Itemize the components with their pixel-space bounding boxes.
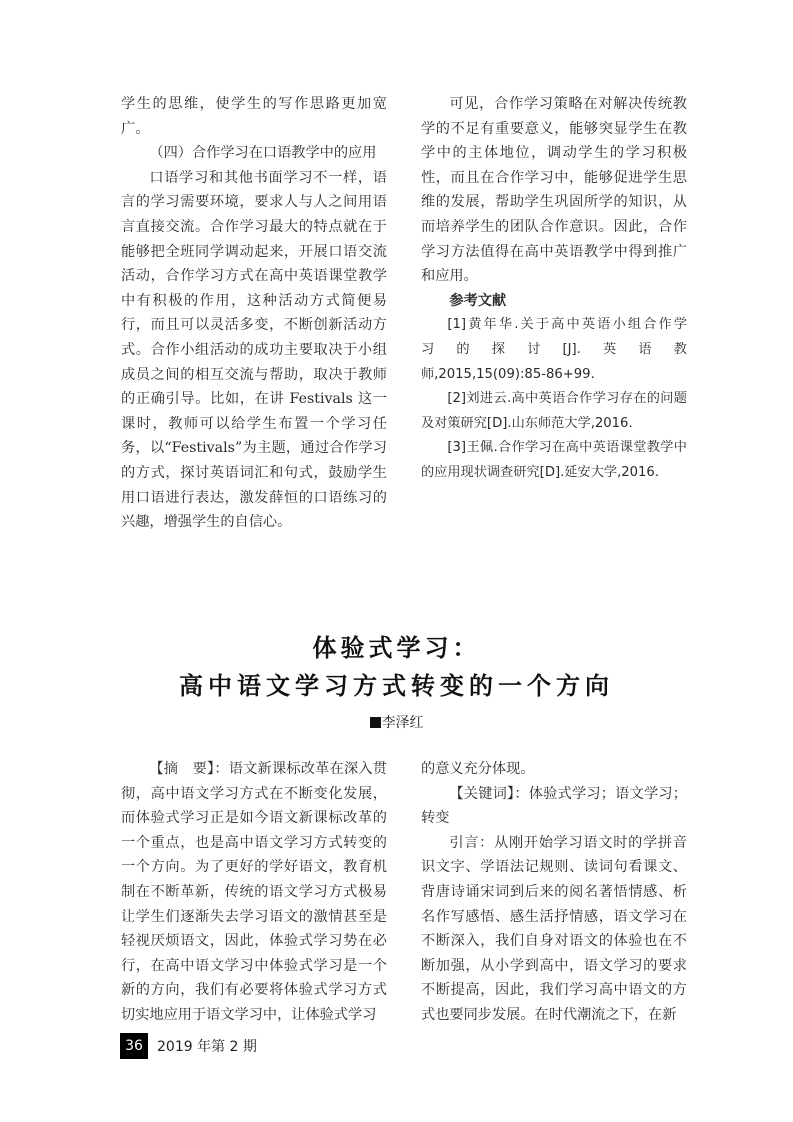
section-heading: （四）合作学习在口语教学中的应用 bbox=[121, 141, 387, 166]
bottom-right-column: 的意义充分体现。 【关键词】：体验式学习；语文学习；转变 引言：从刚开始学习语文… bbox=[421, 757, 687, 1028]
bottom-left-column: 【摘 要】：语文新课标改革在深入贯彻，高中语文学习方式在不断变化发展，而体验式学… bbox=[121, 757, 387, 1028]
square-bullet-icon bbox=[370, 717, 381, 728]
reference-item-2: [2]刘进云.高中英语合作学习存在的问题及对策研究[D].山东师范大学,2016… bbox=[421, 387, 687, 436]
article-title-line-2: 高中语文学习方式转变的一个方向 bbox=[0, 666, 793, 701]
top-left-column: 学生的思维，使学生的写作思路更加宽广。 （四）合作学习在口语教学中的应用 口语学… bbox=[121, 92, 387, 535]
paragraph-oral-learning: 口语学习和其他书面学习不一样，语言的学习需要环境，要求人与人之间用语言直接交流。… bbox=[121, 166, 387, 535]
abstract-text: 语文新课标改革在深入贯彻，高中语文学习方式在不断变化发展，而体验式学习正是如今语… bbox=[121, 761, 387, 1023]
page-number: 36 bbox=[120, 1033, 148, 1059]
keywords-label: 【关键词】： bbox=[449, 786, 528, 802]
page-footer: 36 2019 年第 2 期 bbox=[120, 1033, 257, 1059]
issue-label: 2019 年第 2 期 bbox=[157, 1036, 257, 1056]
author-name: 李泽红 bbox=[382, 715, 424, 731]
paragraph-continuation: 学生的思维，使学生的写作思路更加宽广。 bbox=[121, 92, 387, 141]
reference-item-3: [3]王佩.合作学习在高中英语课堂教学中的应用现状调查研究[D].延安大学,20… bbox=[421, 436, 687, 485]
reference-item-1: [1]黄年华.关于高中英语小组合作学 习 的 探 讨 [J]. 英 语 教 师,… bbox=[421, 313, 687, 387]
references-heading: 参考文献 bbox=[421, 289, 687, 314]
top-right-column: 可见，合作学习策略在对解决传统教学的不足有重要意义，能够突显学生在教学中的主体地… bbox=[421, 92, 687, 486]
conclusion-paragraph: 可见，合作学习策略在对解决传统教学的不足有重要意义，能够突显学生在教学中的主体地… bbox=[421, 92, 687, 289]
author-line: 李泽红 bbox=[0, 712, 793, 732]
abstract-continued: 的意义充分体现。 bbox=[421, 757, 687, 782]
keywords-paragraph: 【关键词】：体验式学习；语文学习；转变 bbox=[421, 782, 687, 831]
intro-paragraph: 引言：从刚开始学习语文时的学拼音识文字、学语法记规则、读词句看课文、背唐诗诵宋词… bbox=[421, 831, 687, 1028]
abstract-label: 【摘 要】： bbox=[149, 761, 228, 777]
abstract-paragraph: 【摘 要】：语文新课标改革在深入贯彻，高中语文学习方式在不断变化发展，而体验式学… bbox=[121, 757, 387, 1028]
article-title-line-1: 体验式学习： bbox=[0, 628, 793, 663]
